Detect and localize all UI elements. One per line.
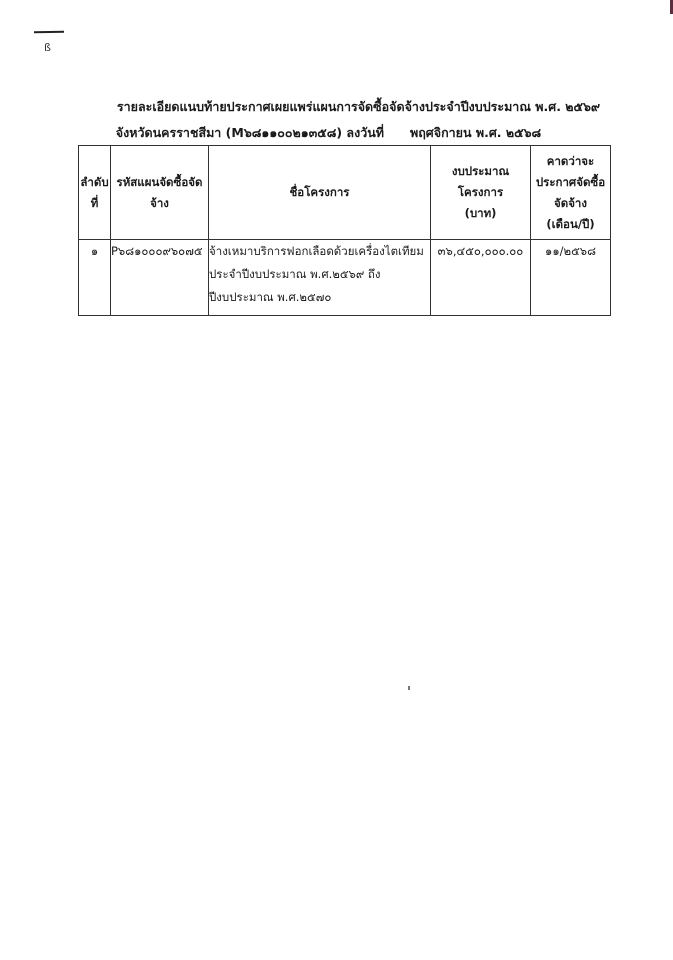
- table-header-row: ลำดับ ที่ รหัสแผนจัดซื้อจัด จ้าง ชื่อโคร…: [79, 146, 611, 240]
- cell-budget: ๓๖,๔๕๐,๐๐๐.๐๐: [431, 240, 531, 316]
- header-no-line1: ลำดับ: [79, 172, 110, 193]
- header-expected-line1: คาดว่าจะ: [531, 151, 610, 172]
- header-budget: งบประมาณ โครงการ (บาท): [431, 146, 531, 240]
- table-row: ๑ P๖๘๑๐๐๐๙๖๐๗๕ จ้างเหมาบริการฟอกเลือดด้ว…: [79, 240, 611, 316]
- project-name-line3: ปีงบประมาณ พ.ศ.๒๕๗๐: [209, 286, 430, 309]
- document-subtitle: จังหวัดนครราชสีมา (M๖๘๑๑๐๐๒๑๓๕๘) ลงวันที…: [0, 123, 665, 143]
- procurement-plan-table: ลำดับ ที่ รหัสแผนจัดซื้อจัด จ้าง ชื่อโคร…: [78, 145, 611, 316]
- document-title: รายละเอียดแนบท้ายประกาศเผยแพร่แผนการจัดซ…: [22, 97, 673, 117]
- header-project-name: ชื่อโครงการ: [209, 146, 431, 240]
- header-plan-code: รหัสแผนจัดซื้อจัด จ้าง: [111, 146, 209, 240]
- header-budget-line2: โครงการ: [431, 182, 530, 203]
- cell-no: ๑: [79, 240, 111, 316]
- header-expected-line4: (เดือน/ปี): [531, 214, 610, 235]
- handwritten-mark: ß: [44, 41, 51, 54]
- header-no: ลำดับ ที่: [79, 146, 111, 240]
- header-no-line2: ที่: [79, 193, 110, 214]
- handwritten-line: [34, 31, 64, 34]
- header-plan-code-line2: จ้าง: [111, 193, 208, 214]
- project-name-line2: ประจำปีงบประมาณ พ.ศ.๒๕๖๙ ถึง: [209, 263, 430, 286]
- project-name-line1: จ้างเหมาบริการฟอกเลือดด้วยเครื่องไตเทียม: [209, 240, 430, 263]
- header-expected-date: คาดว่าจะ ประกาศจัดซื้อ จัดจ้าง (เดือน/ปี…: [531, 146, 611, 240]
- scan-speck: [408, 686, 410, 690]
- subtitle-province-ref: จังหวัดนครราชสีมา (M๖๘๑๑๐๐๒๑๓๕๘) ลงวันที…: [116, 125, 384, 140]
- header-expected-line2: ประกาศจัดซื้อ: [531, 172, 610, 193]
- cell-plan-code: P๖๘๑๐๐๐๙๖๐๗๕: [111, 240, 209, 316]
- header-budget-line1: งบประมาณ: [431, 161, 530, 182]
- header-plan-code-line1: รหัสแผนจัดซื้อจัด: [111, 172, 208, 193]
- subtitle-date: พฤศจิกายน พ.ศ. ๒๕๖๘: [410, 125, 541, 140]
- header-budget-line3: (บาท): [431, 203, 530, 224]
- cell-project-name: จ้างเหมาบริการฟอกเลือดด้วยเครื่องไตเทียม…: [209, 240, 431, 316]
- header-expected-line3: จัดจ้าง: [531, 193, 610, 214]
- cell-expected-date: ๑๑/๒๕๖๘: [531, 240, 611, 316]
- header-project-name-line1: ชื่อโครงการ: [209, 182, 430, 203]
